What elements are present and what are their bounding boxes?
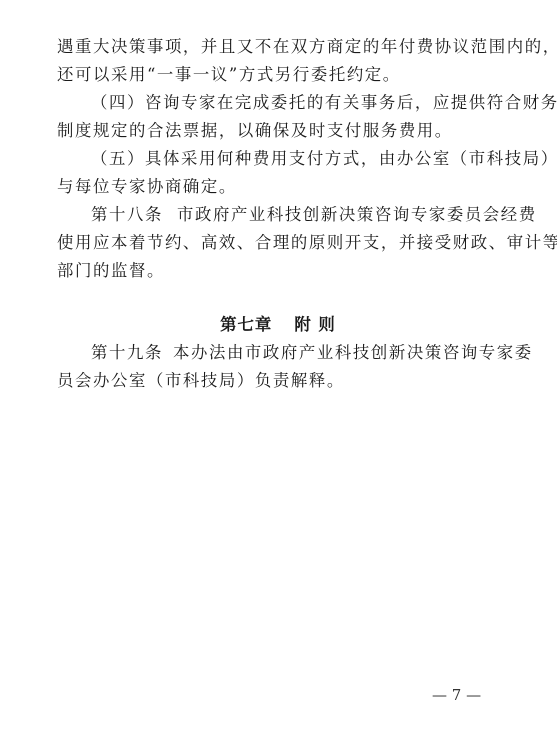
- chapter-number: 第七章: [220, 315, 272, 334]
- text-line: 使用应本着节约、高效、合理的原则开支，并接受财政、审计等: [57, 229, 499, 257]
- text-line: （五）具体采用何种费用支付方式，由办公室（市科技局）: [57, 145, 499, 173]
- document-page: 遇重大决策事项，并且又不在双方商定的年付费协议范围内的， 还可以采用“一事一议”…: [57, 33, 499, 395]
- text-line: 与每位专家协商确定。: [57, 173, 499, 201]
- chapter-heading: 第七章附 则: [57, 311, 499, 339]
- text-line: 部门的监督。: [57, 257, 499, 285]
- article-label: 第十八条: [91, 205, 163, 224]
- text-line: 制度规定的合法票据，以确保及时支付服务费用。: [57, 117, 499, 145]
- article-18-first-line: 第十八条市政府产业科技创新决策咨询专家委员会经费: [57, 201, 499, 229]
- article-text: 本办法由市政府产业科技创新决策咨询专家委: [173, 343, 533, 362]
- text-line: 遇重大决策事项，并且又不在双方商定的年付费协议范围内的，: [57, 33, 499, 61]
- article-19-first-line: 第十九条本办法由市政府产业科技创新决策咨询专家委: [57, 339, 499, 367]
- page-number: — 7 —: [432, 686, 481, 704]
- article-text: 市政府产业科技创新决策咨询专家委员会经费: [177, 205, 537, 224]
- article-label: 第十九条: [91, 343, 163, 362]
- text-line: 还可以采用“一事一议”方式另行委托约定。: [57, 61, 499, 89]
- chapter-title: 附 则: [294, 315, 336, 334]
- text-line: 员会办公室（市科技局）负责解释。: [57, 367, 499, 395]
- text-line: （四）咨询专家在完成委托的有关事务后，应提供符合财务: [57, 89, 499, 117]
